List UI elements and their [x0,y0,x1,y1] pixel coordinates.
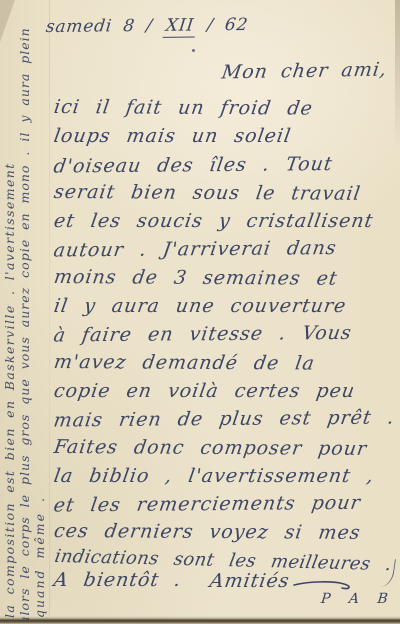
date-prefix: samedi 8 / [45,16,154,37]
margin-note-line-3: quand même . [33,496,46,618]
body-line: mais rien de plus est prêt . [52,404,397,435]
body-line: loups mais un soleil [52,122,396,150]
margin-note-line-2: alors le corps le plus gros que vous aur… [18,27,31,624]
margin-note-line-1: la composition est bien en Baskerville .… [3,162,16,618]
body-line: et les remerciements pour [52,489,397,520]
body-line: m'avez demandé de la [52,348,396,378]
body-line: il y aura une couverture [52,292,396,320]
fold-crease [49,0,50,616]
body-line: serait bien sous le travail [52,178,396,208]
body-line: la biblio , l'avertissement , [52,462,396,490]
body-line: à faire en vitesse . Vous [52,319,397,350]
signature-pab: P A B [320,591,394,607]
body-line: autour . J'arriverai dans [52,234,397,265]
body-line: Faites donc composer pour [52,433,396,463]
closing-line: A bientôt . Amitiés [54,569,356,592]
salutation: Mon cher ami, [220,59,388,84]
closing-farewell: A bientôt . [52,569,183,591]
body-line: ici il fait un froid de [52,93,396,123]
ink-dot [192,49,195,52]
body-line: copie en voilà certes peu [52,377,396,405]
paper-corner-fold [0,0,15,42]
date-line: samedi 8 / XII / 62 [45,15,250,37]
body-line: et les soucis y cristallisent [52,207,396,235]
closing-regards: Amitiés [209,570,292,592]
date-month-underlined: XII [163,15,197,37]
meilleures-word-tail [377,557,396,589]
letter-page: la composition est bien en Baskerville .… [0,0,400,624]
body-line: d'oiseau des îles . Tout [52,149,397,180]
body-line: moins de 3 semaines et [52,263,396,293]
date-suffix: / 62 [206,15,249,35]
paper-right-edge-shadow [395,0,400,150]
letter-body: ici il fait un froid de loups mais un so… [54,94,394,575]
paper-bottom-edge-shadow [0,616,400,624]
pen-flourish-icon [292,578,356,592]
